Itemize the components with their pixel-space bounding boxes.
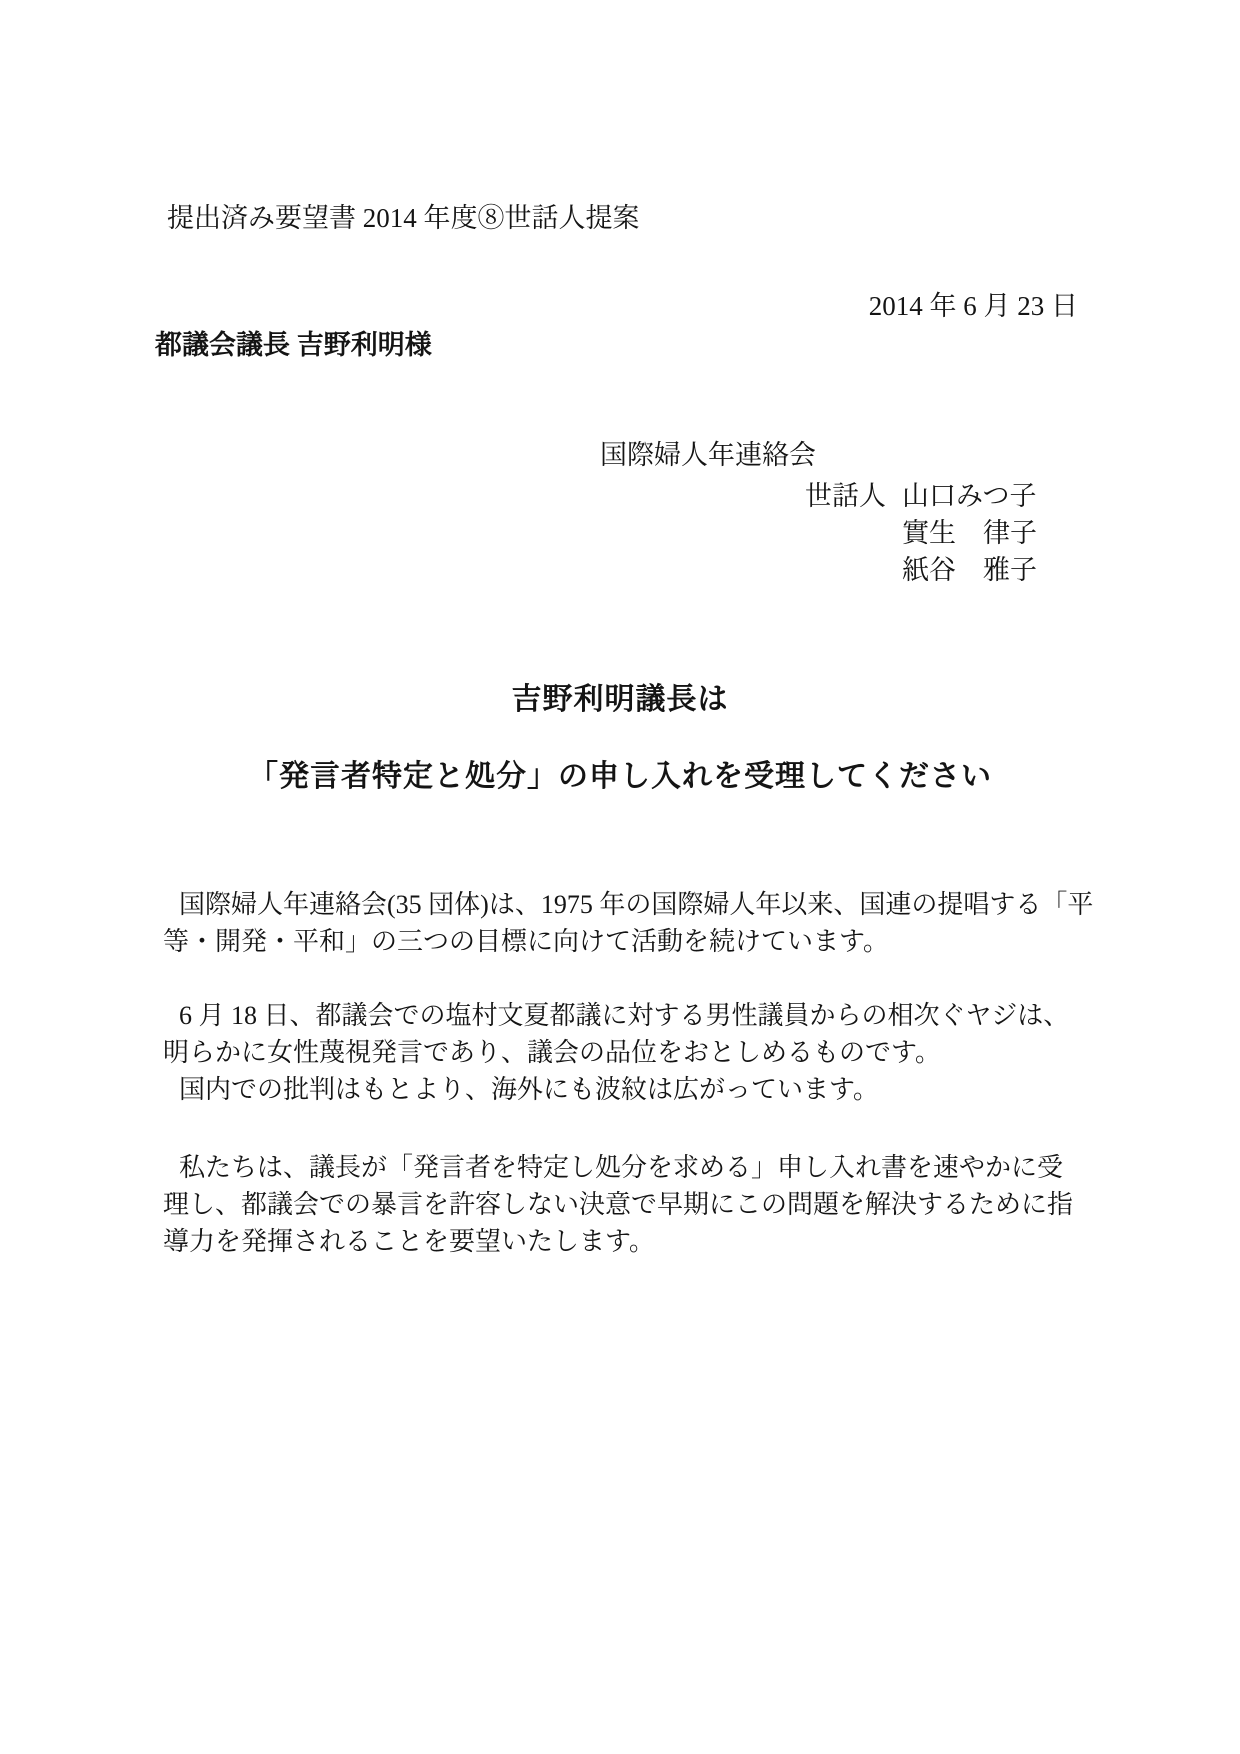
paragraph-1: 国際婦人年連絡会(35 団体)は、1975 年の国際婦人年以来、国連の提唱する「… [163, 886, 1088, 960]
header-note: 提出済み要望書 2014 年度⑧世話人提案 [167, 196, 640, 235]
paragraph-3: 私たちは、議長が「発言者を特定し処分を求める」申し入れ書を速やかに受 理し、都議… [163, 1149, 1088, 1260]
body-line: 国内での批判はもとより、海外にも波紋は広がっています。 [163, 1071, 1088, 1108]
recipient-line: 都議会議長 吉野利明様 [155, 323, 432, 362]
body-line: 等・開発・平和」の三つの目標に向けて活動を続けています。 [163, 923, 1088, 960]
sender-org: 国際婦人年連絡会 [600, 433, 816, 472]
title-line-2: 「発言者特定と処分」の申し入れを受理してください [0, 751, 1240, 795]
body-line: 明らかに女性蔑視発言であり、議会の品位をおとしめるものです。 [163, 1034, 1088, 1071]
body-line: 導力を発揮されることを要望いたします。 [163, 1223, 1088, 1260]
body-line: 理し、都議会での暴言を許容しない決意で早期にこの問題を解決するために指 [163, 1186, 1088, 1223]
sender-name-2: 實生 律子 [902, 511, 1037, 550]
body-line: 私たちは、議長が「発言者を特定し処分を求める」申し入れ書を速やかに受 [163, 1149, 1088, 1186]
date-line: 2014 年 6 月 23 日 [163, 284, 1078, 323]
document-page: 提出済み要望書 2014 年度⑧世話人提案 2014 年 6 月 23 日 都議… [0, 0, 1240, 1754]
sender-name-3: 紙谷 雅子 [902, 548, 1037, 587]
sender-name-1: 山口みつ子 [902, 474, 1036, 513]
body-line: 6 月 18 日、都議会での塩村文夏都議に対する男性議員からの相次ぐヤジは、 [163, 997, 1088, 1034]
body-line: 国際婦人年連絡会(35 団体)は、1975 年の国際婦人年以来、国連の提唱する「… [163, 886, 1088, 923]
title-line-1: 吉野利明議長は [0, 674, 1240, 718]
paragraph-2: 6 月 18 日、都議会での塩村文夏都議に対する男性議員からの相次ぐヤジは、 明… [163, 997, 1088, 1108]
sender-role: 世話人 [805, 474, 886, 513]
